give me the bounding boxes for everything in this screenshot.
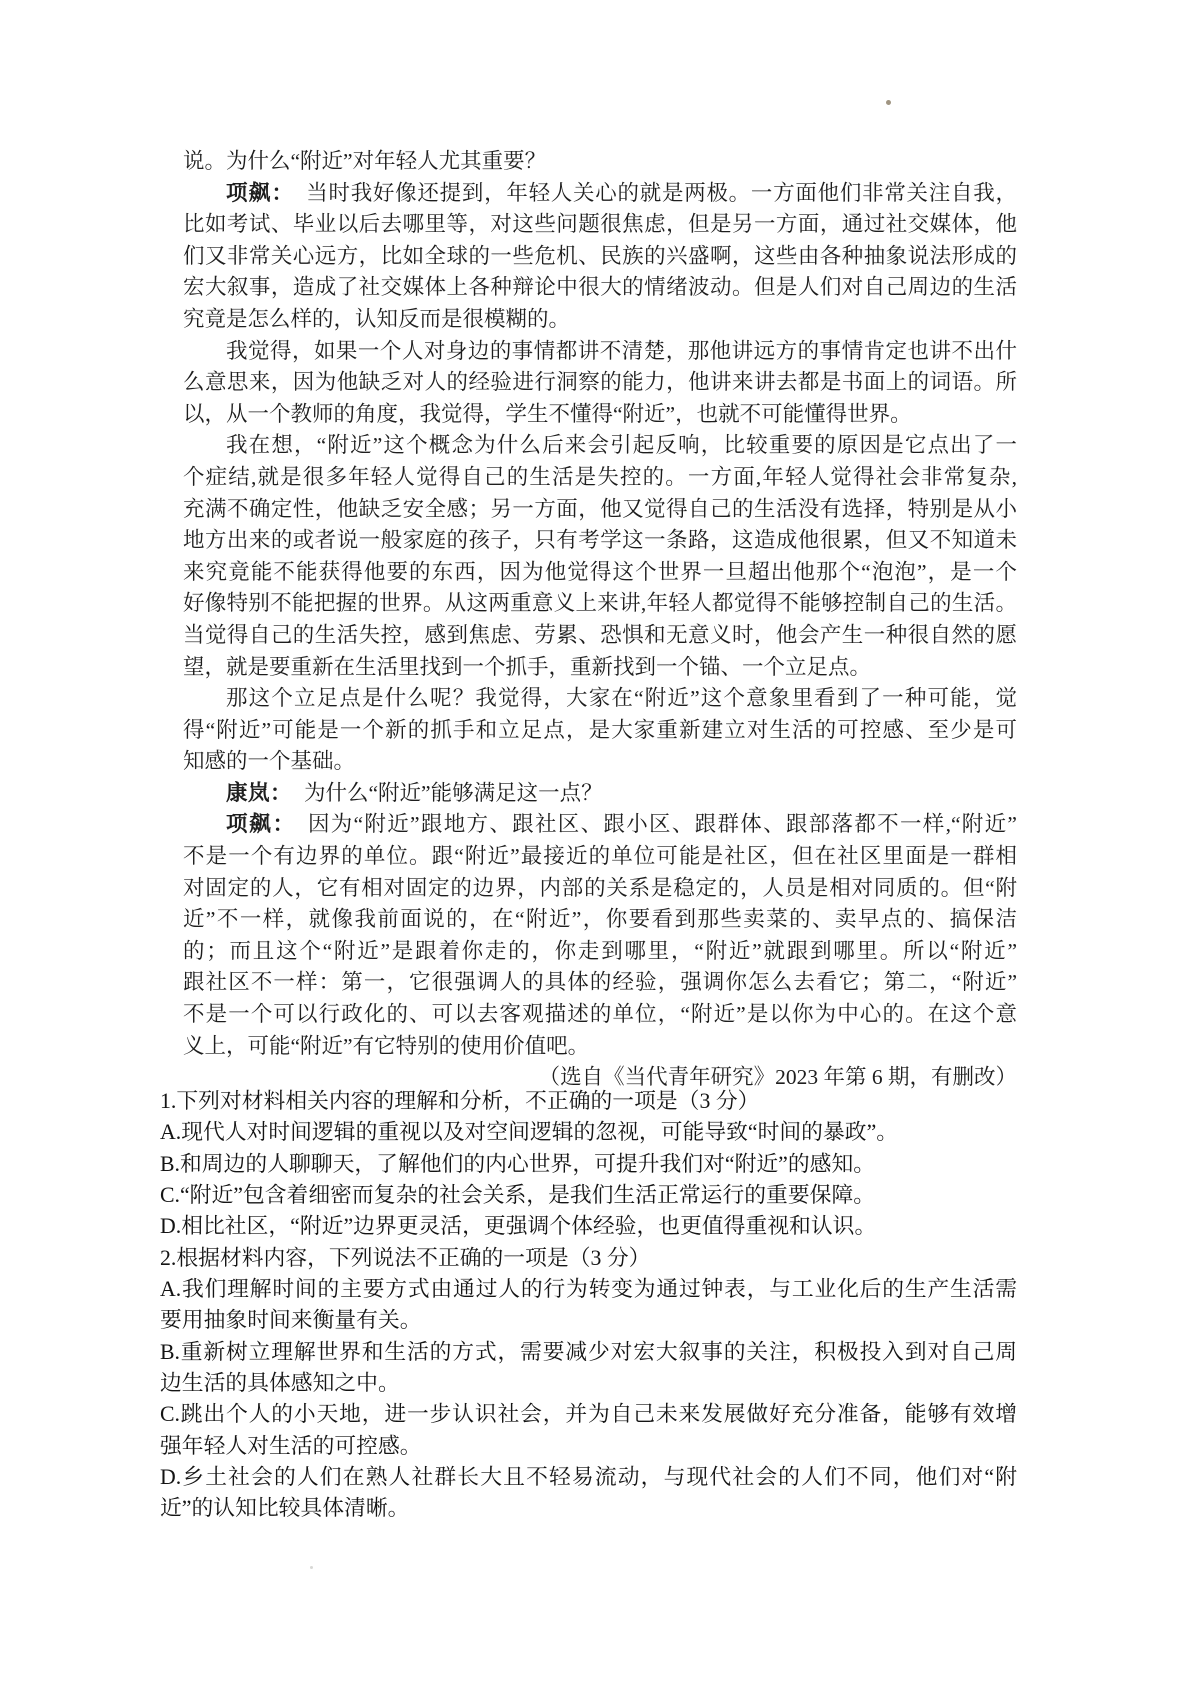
- passage-line: 们又非常关心远方，比如全球的一些危机、民族的兴盛啊，这些由各种抽象说法形成的: [183, 241, 1017, 273]
- question-2-option-a-cont: 要用抽象时间来衡量有关。: [160, 1305, 1017, 1336]
- passage-line: 不是一个可以行政化的、可以去客观描述的单位，“附近”是以你为中心的。在这个意: [183, 999, 1017, 1031]
- passage-line: 来究竟能不能获得他要的东西，因为他觉得这个世界一旦超出他那个“泡泡”，是一个: [183, 557, 1017, 589]
- passage-line: 个症结,就是很多年轻人觉得自己的生活是失控的。一方面,年轻人觉得社会非常复杂,: [183, 462, 1017, 494]
- speaker-name: 项飙：: [226, 181, 294, 205]
- question-2-stem: 2.根据材料内容，下列说法不正确的一项是（3 分）: [160, 1243, 1017, 1274]
- passage-text: 因为“附近”跟地方、跟社区、跟小区、跟群体、跟部落都不一样,“附近”: [308, 812, 1017, 836]
- passage-line: 比如考试、毕业以后去哪里等，对这些问题很焦虑，但是另一方面，通过社交媒体，他: [183, 209, 1017, 241]
- passage-line: 那这个立足点是什么呢？我觉得，大家在“附近”这个意象里看到了一种可能，觉: [183, 683, 1017, 715]
- passage-line: 说。为什么“附近”对年轻人尤其重要？: [183, 146, 1017, 178]
- passage-text: 为什么“附近”能够满足这一点？: [304, 781, 603, 805]
- passage-line: 地方出来的或者说一般家庭的孩子，只有考学这一条路，这造成他很累，但又不知道未: [183, 525, 1017, 557]
- question-1-option-d: D.相比社区，“附近”边界更灵活，更强调个体经验，也更值得重视和认识。: [160, 1211, 1017, 1242]
- passage-line: 当觉得自己的生活失控，感到焦虑、劳累、恐惧和无意义时，他会产生一种很自然的愿: [183, 620, 1017, 652]
- question-2-option-b: B.重新树立理解世界和生活的方式，需要减少对宏大叙事的关注，积极投入到对自己周: [160, 1337, 1017, 1368]
- passage-line: 义上，可能“附近”有它特别的使用价值吧。: [183, 1031, 1017, 1063]
- passage-line: 我在想，“附近”这个概念为什么后来会引起反响，比较重要的原因是它点出了一: [183, 430, 1017, 462]
- passage-line: 好像特别不能把握的世界。从这两重意义上来讲,年轻人都觉得不能够控制自己的生活。: [183, 588, 1017, 620]
- question-2-option-c-cont: 强年轻人对生活的可控感。: [160, 1431, 1017, 1462]
- passage-line: 对固定的人，它有相对固定的边界，内部的关系是稳定的，人员是相对同质的。但“附: [183, 873, 1017, 905]
- speaker-name: 康岚：: [226, 781, 292, 805]
- passage-line: 的；而且这个“附近”是跟着你走的，你走到哪里，“附近”就跟到哪里。所以“附近”: [183, 936, 1017, 968]
- passage-line: 近”不一样，就像我前面说的，在“附近”，你要看到那些卖菜的、卖早点的、搞保洁: [183, 904, 1017, 936]
- passage-line: 得“附近”可能是一个新的抓手和立足点，是大家重新建立对生活的可控感、至少是可: [183, 715, 1017, 747]
- questions-section: 1.下列对材料相关内容的理解和分析，不正确的一项是（3 分） A.现代人对时间逻…: [160, 1086, 1017, 1525]
- passage-line: 究竟是怎么样的，认知反而是很模糊的。: [183, 304, 1017, 336]
- speaker-name: 项飙：: [226, 812, 296, 836]
- passage-line: 以，从一个教师的角度，我觉得，学生不懂得“附近”，也就不可能懂得世界。: [183, 399, 1017, 431]
- passage-line: 跟社区不一样：第一，它很强调人的具体的经验，强调你怎么去看它；第二，“附近”: [183, 967, 1017, 999]
- question-1-stem: 1.下列对材料相关内容的理解和分析，不正确的一项是（3 分）: [160, 1086, 1017, 1117]
- question-2-option-b-cont: 边生活的具体感知之中。: [160, 1368, 1017, 1399]
- question-2-option-d-cont: 近”的认知比较具体清晰。: [160, 1493, 1017, 1524]
- question-1-option-a: A.现代人对时间逻辑的重视以及对空间逻辑的忽视，可能导致“时间的暴政”。: [160, 1117, 1017, 1148]
- question-2-option-c: C.跳出个人的小天地，进一步认识社会，并为自己未来发展做好充分准备，能够有效增: [160, 1399, 1017, 1430]
- question-2-option-d: D.乡土社会的人们在熟人社群长大且不轻易流动，与现代社会的人们不同，他们对“附: [160, 1462, 1017, 1493]
- passage-line: 项飙：当时我好像还提到，年轻人关心的就是两极。一方面他们非常关注自我，: [183, 178, 1017, 210]
- passage-line: 充满不确定性，他缺乏安全感；另一方面，他又觉得自己的生活没有选择，特别是从小: [183, 494, 1017, 526]
- passage-line: 么意思来，因为他缺乏对人的经验进行洞察的能力，他讲来讲去都是书面上的词语。所: [183, 367, 1017, 399]
- passage-line: 知感的一个基础。: [183, 746, 1017, 778]
- question-2-option-a: A.我们理解时间的主要方式由通过人的行为转变为通过钟表，与工业化后的生产生活需: [160, 1274, 1017, 1305]
- passage-line: 我觉得，如果一个人对身边的事情都讲不清楚，那他讲远方的事情肯定也讲不出什: [183, 336, 1017, 368]
- passage-line: 康岚：为什么“附近”能够满足这一点？: [183, 778, 1017, 810]
- passage-line: 望，就是要重新在生活里找到一个抓手，重新找到一个锚、一个立足点。: [183, 652, 1017, 684]
- passage-line: 不是一个有边界的单位。跟“附近”最接近的单位可能是社区，但在社区里面是一群相: [183, 841, 1017, 873]
- passage-text: 当时我好像还提到，年轻人关心的就是两极。一方面他们非常关注自我，: [306, 181, 1017, 205]
- question-1-option-b: B.和周边的人聊聊天，了解他们的内心世界，可提升我们对“附近”的感知。: [160, 1149, 1017, 1180]
- scan-speck: [310, 1566, 313, 1569]
- scan-speck: [886, 100, 891, 105]
- passage-line: 项飙：因为“附近”跟地方、跟社区、跟小区、跟群体、跟部落都不一样,“附近”: [183, 809, 1017, 841]
- interview-passage: 说。为什么“附近”对年轻人尤其重要？ 项飙：当时我好像还提到，年轻人关心的就是两…: [183, 146, 1017, 1094]
- document-page: 说。为什么“附近”对年轻人尤其重要？ 项飙：当时我好像还提到，年轻人关心的就是两…: [0, 0, 1200, 1698]
- question-1-option-c: C.“附近”包含着细密而复杂的社会关系，是我们生活正常运行的重要保障。: [160, 1180, 1017, 1211]
- passage-line: 宏大叙事，造成了社交媒体上各种辩论中很大的情绪波动。但是人们对自己周边的生活: [183, 272, 1017, 304]
